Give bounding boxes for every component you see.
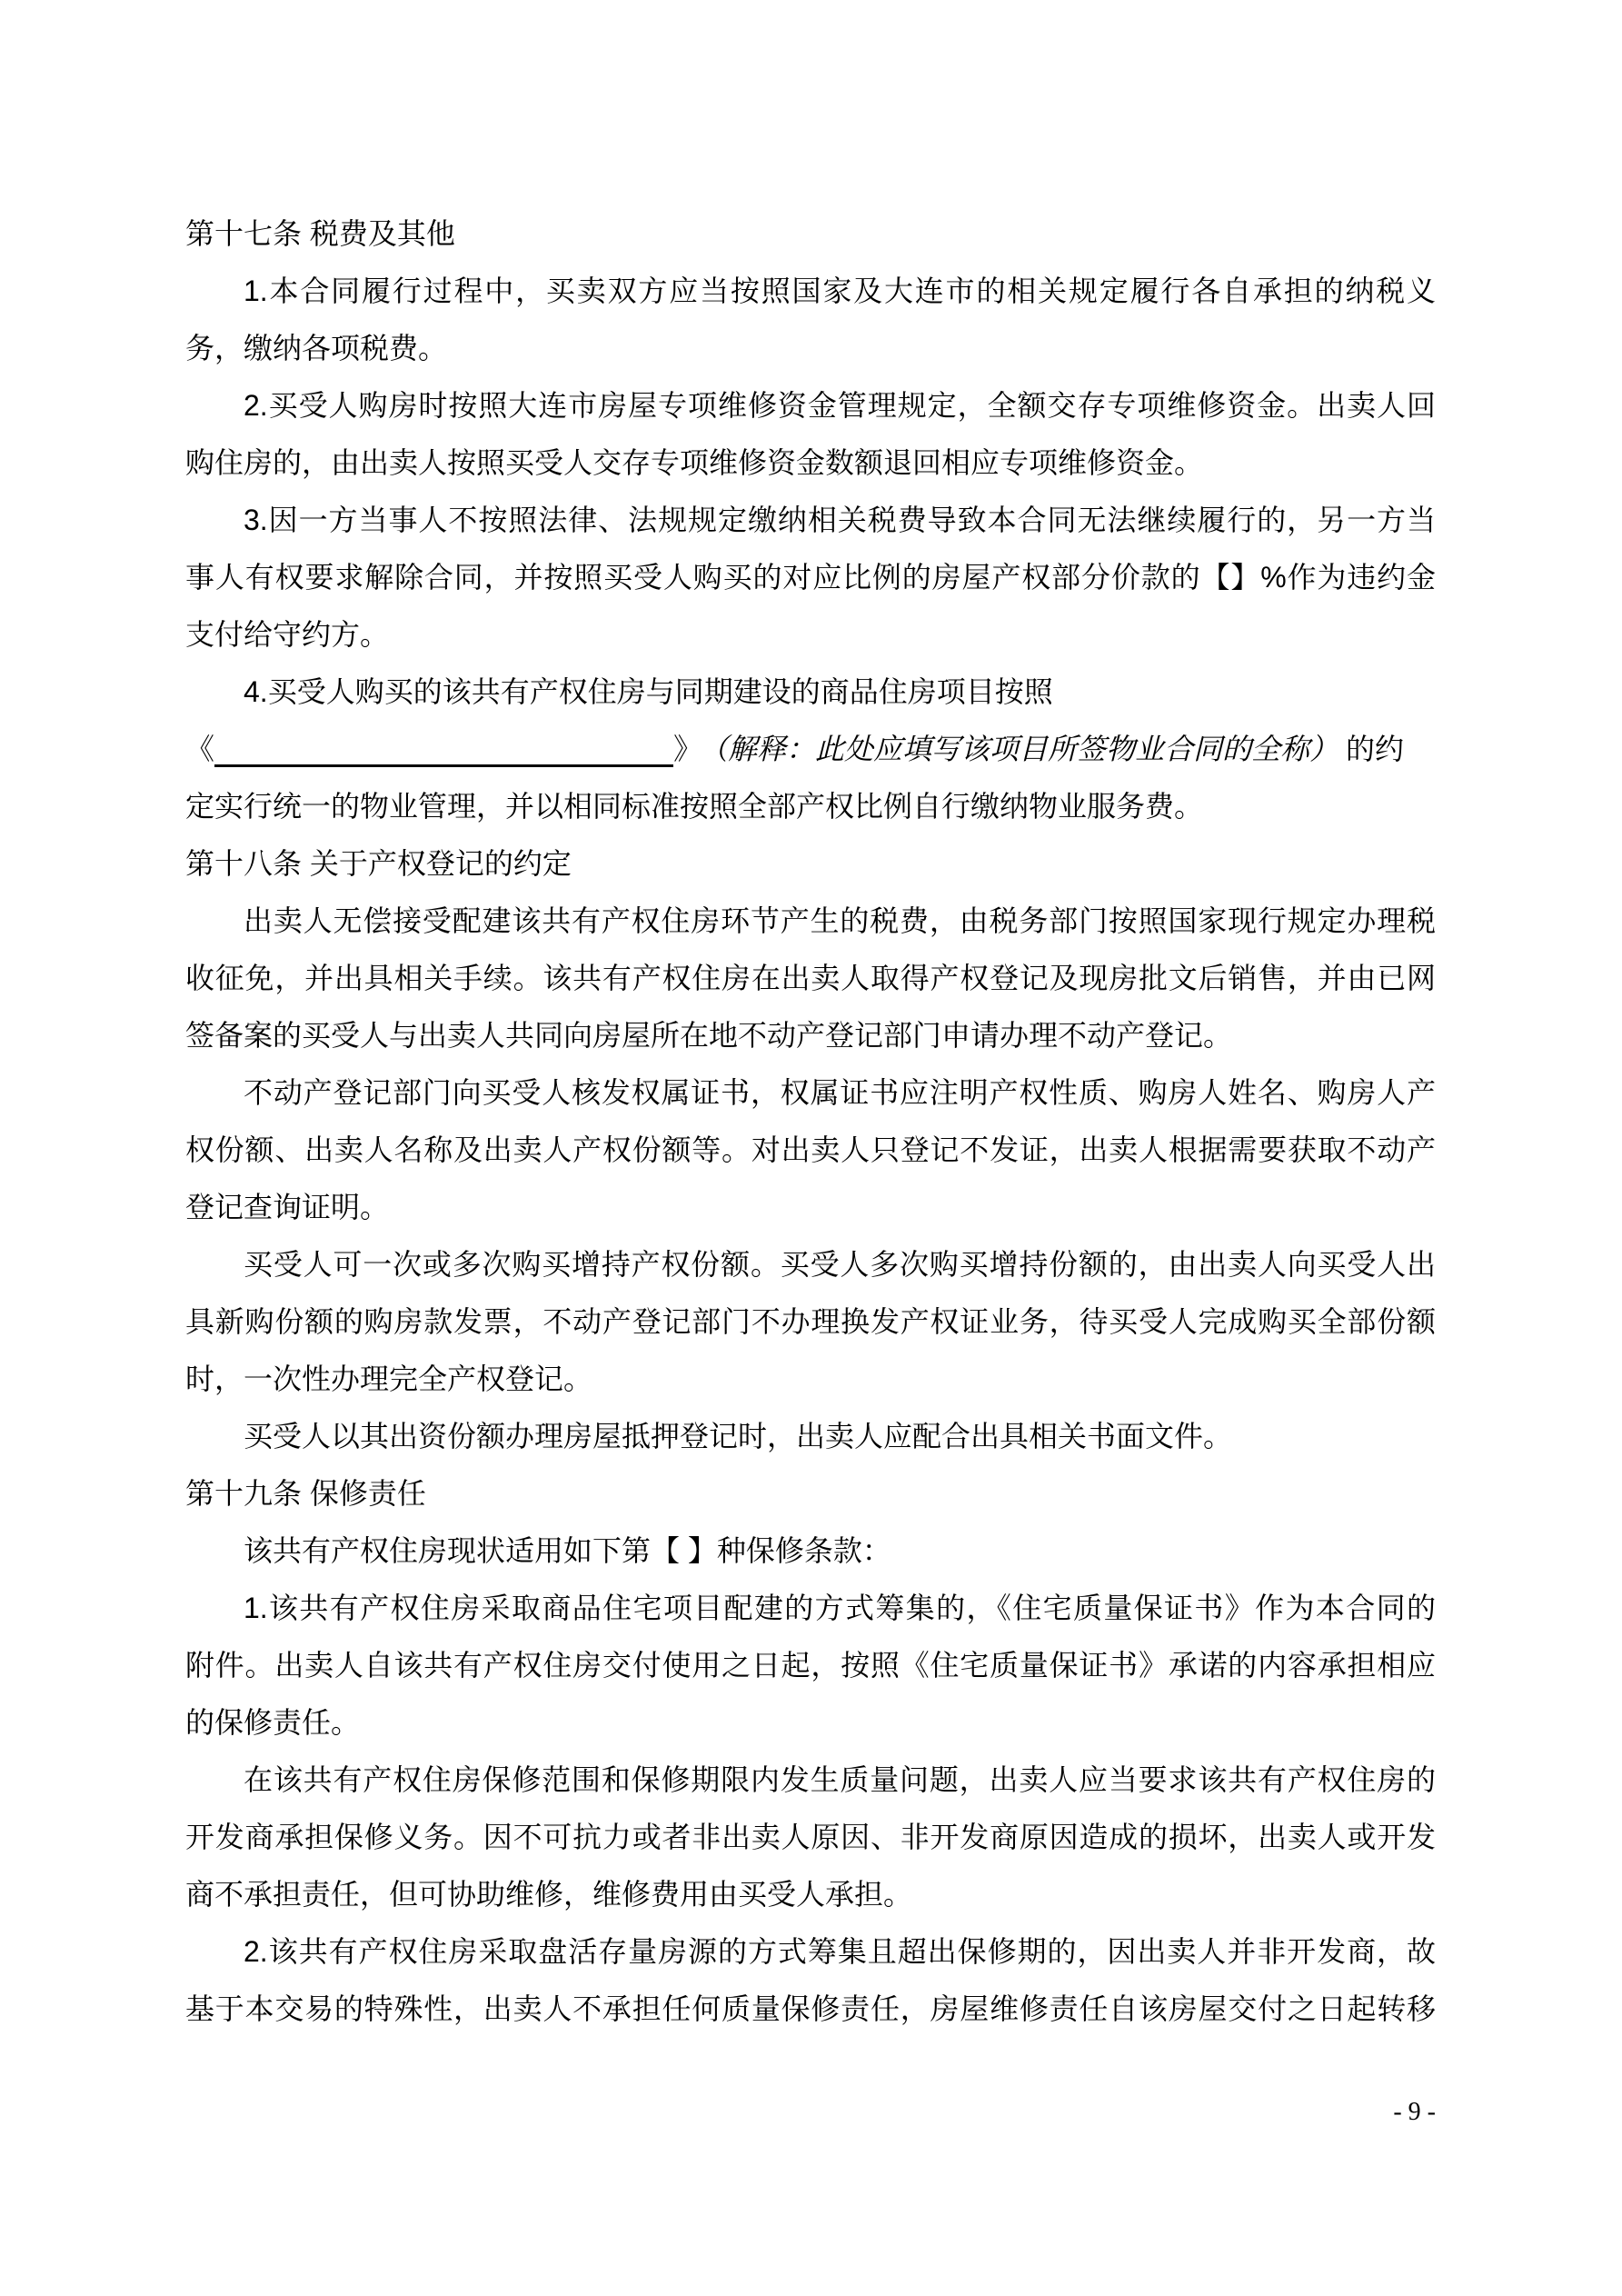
page-number: - 9 - (1393, 2096, 1436, 2129)
fill-in-blank-underline (214, 728, 673, 767)
article-18-para-2-line-2: 权份额、出卖人名称及出卖人产权份额等。对出卖人只登记不发证，出卖人根据需要获取不… (185, 1122, 1436, 1179)
article-18-para-3-line-1: 买受人可一次或多次购买增持产权份额。买受人多次购买增持份额的，由出卖人向买受人出 (185, 1236, 1436, 1293)
article-17-clause-3-line-3: 支付给守约方。 (185, 606, 1436, 664)
article-18-para-4: 买受人以其出资份额办理房屋抵押登记时，出卖人应配合出具相关书面文件。 (185, 1408, 1436, 1465)
article-19-clause-1-para-2-line-2: 开发商承担保修义务。因不可抗力或者非出卖人原因、非开发商原因造成的损坏，出卖人或… (185, 1809, 1436, 1866)
article-18-para-2-line-1: 不动产登记部门向买受人核发权属证书，权属证书应注明产权性质、购房人姓名、购房人产 (185, 1064, 1436, 1122)
article-18-para-1-line-3: 签备案的买受人与出卖人共同向房屋所在地不动产登记部门申请办理不动产登记。 (185, 1007, 1436, 1064)
article-18-heading: 第十八条 关于产权登记的约定 (185, 835, 1436, 893)
article-19-clause-1-line-3: 的保修责任。 (185, 1694, 1436, 1752)
article-19-heading: 第十九条 保修责任 (185, 1465, 1436, 1522)
article-18-para-3-line-2: 具新购份额的购房款发票，不动产登记部门不办理换发产权证业务，待买受人完成购买全部… (185, 1293, 1436, 1351)
article-17-clause-1-line-1: 1.本合同履行过程中，买卖双方应当按照国家及大连市的相关规定履行各自承担的纳税义 (185, 263, 1436, 320)
article-19-clause-1-line-2: 附件。出卖人自该共有产权住房交付使用之日起，按照《住宅质量保证书》承诺的内容承担… (185, 1637, 1436, 1694)
article-17-clause-2-line-1: 2.买受人购房时按照大连市房屋专项维修资金管理规定，全额交存专项维修资金。出卖人… (185, 377, 1436, 434)
article-17-clause-4-blank-line: 《》（解释：此处应填写该项目所签物业合同的全称）的约 (185, 721, 1436, 778)
book-title-open-bracket: 《 (185, 733, 214, 765)
article-17-clause-3-line-2: 事人有权要求解除合同，并按照买受人购买的对应比例的房屋产权部分价款的【】%作为违… (185, 549, 1436, 606)
explanation-note-italic: （解释：此处应填写该项目所签物业合同的全称） (713, 733, 1338, 765)
article-19-clause-2-line-2: 基于本交易的特殊性，出卖人不承担任何质量保修责任，房屋维修责任自该房屋交付之日起… (185, 1981, 1436, 2038)
article-17-clause-2-line-2: 购住房的，由出卖人按照买受人交存专项维修资金数额退回相应专项维修资金。 (185, 434, 1436, 492)
article-17-clause-4-line-3: 定实行统一的物业管理，并以相同标准按照全部产权比例自行缴纳物业服务费。 (185, 778, 1436, 835)
article-17-heading: 第十七条 税费及其他 (185, 205, 1436, 263)
contract-page-9: 第十七条 税费及其他 1.本合同履行过程中，买卖双方应当按照国家及大连市的相关规… (0, 0, 1622, 2296)
article-19-clause-1-para-2-line-3: 商不承担责任，但可协助维修，维修费用由买受人承担。 (185, 1866, 1436, 1923)
article-19-clause-1-line-1: 1.该共有产权住房采取商品住宅项目配建的方式筹集的，《住宅质量保证书》作为本合同… (185, 1580, 1436, 1637)
article-18-para-2-line-3: 登记查询证明。 (185, 1179, 1436, 1236)
article-17-clause-4-line-1: 4.买受人购买的该共有产权住房与同期建设的商品住房项目按照 (185, 664, 1436, 721)
article-17-clause-3-line-1: 3.因一方当事人不按照法律、法规规定缴纳相关税费导致本合同无法继续履行的，另一方… (185, 492, 1436, 549)
article-19-clause-2-line-1: 2.该共有产权住房采取盘活存量房源的方式筹集且超出保修期的，因出卖人并非开发商，… (185, 1923, 1436, 1981)
clause-4-tail-text: 的约 (1346, 733, 1404, 765)
contract-body: 第十七条 税费及其他 1.本合同履行过程中，买卖双方应当按照国家及大连市的相关规… (185, 205, 1436, 2038)
book-title-close-bracket: 》 (673, 733, 702, 765)
article-18-para-1-line-2: 收征免，并出具相关手续。该共有产权住房在出卖人取得产权登记及现房批文后销售，并由… (185, 950, 1436, 1007)
article-18-para-3-line-3: 时，一次性办理完全产权登记。 (185, 1351, 1436, 1408)
article-17-clause-1-line-2: 务，缴纳各项税费。 (185, 320, 1436, 377)
article-19-clause-1-para-2-line-1: 在该共有产权住房保修范围和保修期限内发生质量问题，出卖人应当要求该共有产权住房的 (185, 1752, 1436, 1809)
article-18-para-1-line-1: 出卖人无偿接受配建该共有产权住房环节产生的税费，由税务部门按照国家现行规定办理税 (185, 893, 1436, 950)
article-19-intro-line: 该共有产权住房现状适用如下第【 】种保修条款： (185, 1522, 1436, 1580)
